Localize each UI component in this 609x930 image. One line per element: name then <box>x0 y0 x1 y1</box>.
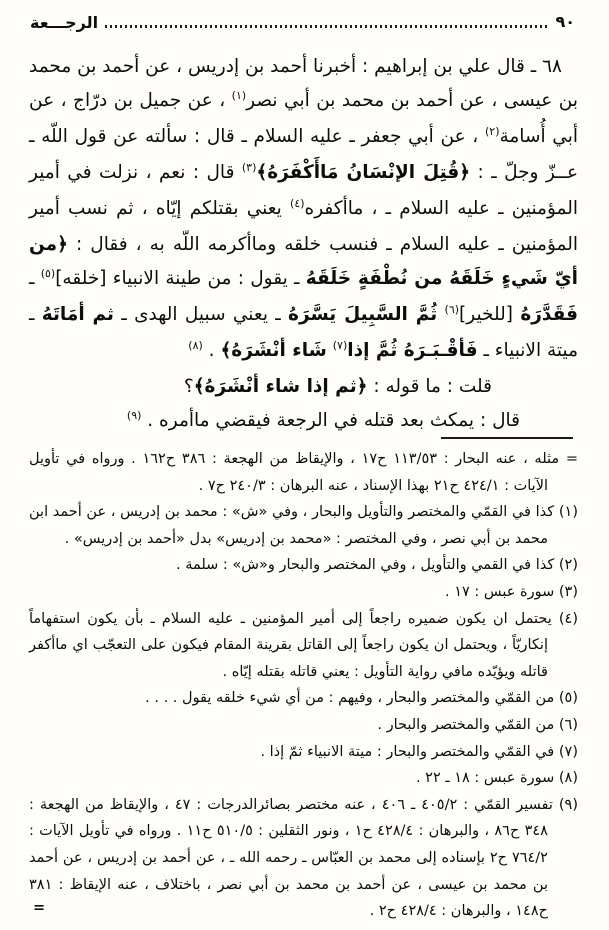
footnote-item: (٨) سورة عبس : ١٨ ـ ٢٢ . <box>29 765 578 792</box>
footnote-ref: (٩) <box>127 409 142 422</box>
footnote-marker: (٢) <box>554 557 578 573</box>
dotted-leader <box>105 25 548 28</box>
footnote-text: كذا في القمّي والمختصر والتأويل والبحار … <box>29 504 554 547</box>
chapter-title: الرجـــعة <box>30 13 98 32</box>
quran-verse: ﴿ثم إذا شاء أنْشَرَهُ﴾ <box>194 376 368 397</box>
quran-verse: فَأقْـبَـرَهُ ثُمَّ إذا <box>347 340 477 361</box>
footnote-text: سورة عبس : ١٨ ـ ٢٢ . <box>416 770 554 786</box>
main-text: ٦٨ ـ قال علي بن إبراهيم : أخبرنا أحمد بن… <box>29 50 578 440</box>
footnote-marker: (٧) <box>554 744 578 760</box>
footnote-text: من القمّي والمختصر والبحار ، وفيهم : من … <box>145 690 554 706</box>
text-segment: قال : يمكث بعد قتله في الرجعة فيقضي ماأم… <box>141 410 520 431</box>
footnote-marker: (١) <box>554 504 578 520</box>
text-segment: ـ <box>29 268 41 289</box>
footnote-ref: (٢) <box>485 125 500 138</box>
page-header: الرجـــعة ٩٠ <box>30 12 575 32</box>
footnote-ref: (٥) <box>41 267 56 280</box>
footnote-item: (١) كذا في القمّي والمختصر والتأويل والب… <box>29 499 578 552</box>
footnote-text: من القمّي والمختصر والبحار . <box>377 717 554 733</box>
hadith-68: ٦٨ ـ قال علي بن إبراهيم : أخبرنا أحمد بن… <box>29 50 578 370</box>
footnote-item: (٧) في القمّي والمختصر والبحار : ميتة ال… <box>29 739 578 766</box>
text-segment <box>437 304 444 325</box>
quran-verse: ثُمَّ السَّبِيلَ يَسَّرَهُ <box>288 304 437 325</box>
text-segment: ـ يقول : من طينة الانبياء [خلقه] <box>55 268 306 289</box>
footnote-text: كذا في القمي والتأويل ، وفي المختصر والب… <box>176 557 554 573</box>
footnote-marker: = <box>559 451 578 467</box>
footnote-text: مثله ، عنه البحار : ١١٣/٥٣ ح١٧ ، والإيقا… <box>29 451 559 494</box>
footnote-ref: (٤) <box>290 197 305 210</box>
footnote-marker: (٣) <box>554 584 578 600</box>
footnote-text: في القمّي والمختصر والبحار : ميتة الانبي… <box>260 744 554 760</box>
quran-verse: شَاء أنْشَرَهُ﴾ <box>220 340 326 361</box>
footnote-marker: (٤) <box>552 611 578 627</box>
book-page: الرجـــعة ٩٠ ٦٨ ـ قال علي بن إبراهيم : أ… <box>0 0 609 930</box>
quran-verse: فَقَدَّرَهُ <box>520 304 578 325</box>
continuation-mark: = <box>33 895 45 922</box>
footnote-ref: (٨) <box>188 339 203 352</box>
quran-verse: ﴿قُتِلَ الإنْسَانُ مَاأَكْفَرَهُ﴾ <box>256 162 470 183</box>
page-number: ٩٠ <box>555 12 575 31</box>
quran-verse: ثم أمَاتَهُ <box>42 304 114 325</box>
text-segment: . <box>203 340 221 361</box>
answer-line: قال : يمكث بعد قتله في الرجعة فيقضي ماأم… <box>29 404 520 440</box>
footnote-text: تفسير القمّي : ٤٠٥/٢ ـ ٤٠٦ ، عنه مختصر ب… <box>29 797 553 919</box>
footnote-separator <box>441 437 573 439</box>
question-line: قلت : ما قوله : ﴿ثم إذا شاء أنْشَرَهُ﴾؟ <box>29 370 492 404</box>
footnote-ref: (٦) <box>445 303 460 316</box>
footnote-item: (٣) سورة عبس : ١٧ . <box>29 579 578 606</box>
footnote-ref: (١) <box>232 89 247 102</box>
footnote-marker: (٦) <box>554 717 578 733</box>
text-segment <box>327 340 333 361</box>
footnote-item: = مثله ، عنه البحار : ١١٣/٥٣ ح١٧ ، والإي… <box>29 446 578 499</box>
text-segment: ؟ <box>184 376 194 397</box>
footnote-item: (٩) تفسير القمّي : ٤٠٥/٢ ـ ٤٠٦ ، عنه مخت… <box>29 792 578 925</box>
footnote-ref: (٣) <box>242 161 257 174</box>
text-segment: ـ يعني سبيل الهدى ـ <box>114 304 288 325</box>
footnotes: = مثله ، عنه البحار : ١١٣/٥٣ ح١٧ ، والإي… <box>29 446 578 925</box>
footnote-ref: (٧) <box>333 339 348 352</box>
footnote-item: (٥) من القمّي والمختصر والبحار ، وفيهم :… <box>29 685 578 712</box>
footnote-marker: (٩) <box>553 797 578 813</box>
footnote-marker: (٥) <box>554 690 578 706</box>
footnote-item: (٤) يحتمل ان يكون ضميره راجعاً إلى أمير … <box>29 606 578 686</box>
footnote-marker: (٨) <box>554 770 578 786</box>
footnote-text: يحتمل ان يكون ضميره راجعاً إلى أمير المؤ… <box>29 611 552 680</box>
footnote-item: (٦) من القمّي والمختصر والبحار . <box>29 712 578 739</box>
text-segment: [للخير] <box>459 304 520 325</box>
footnote-item: (٢) كذا في القمي والتأويل ، وفي المختصر … <box>29 552 578 579</box>
footnote-text: سورة عبس : ١٧ . <box>445 584 554 600</box>
text-segment: قلت : ما قوله : <box>367 376 492 397</box>
